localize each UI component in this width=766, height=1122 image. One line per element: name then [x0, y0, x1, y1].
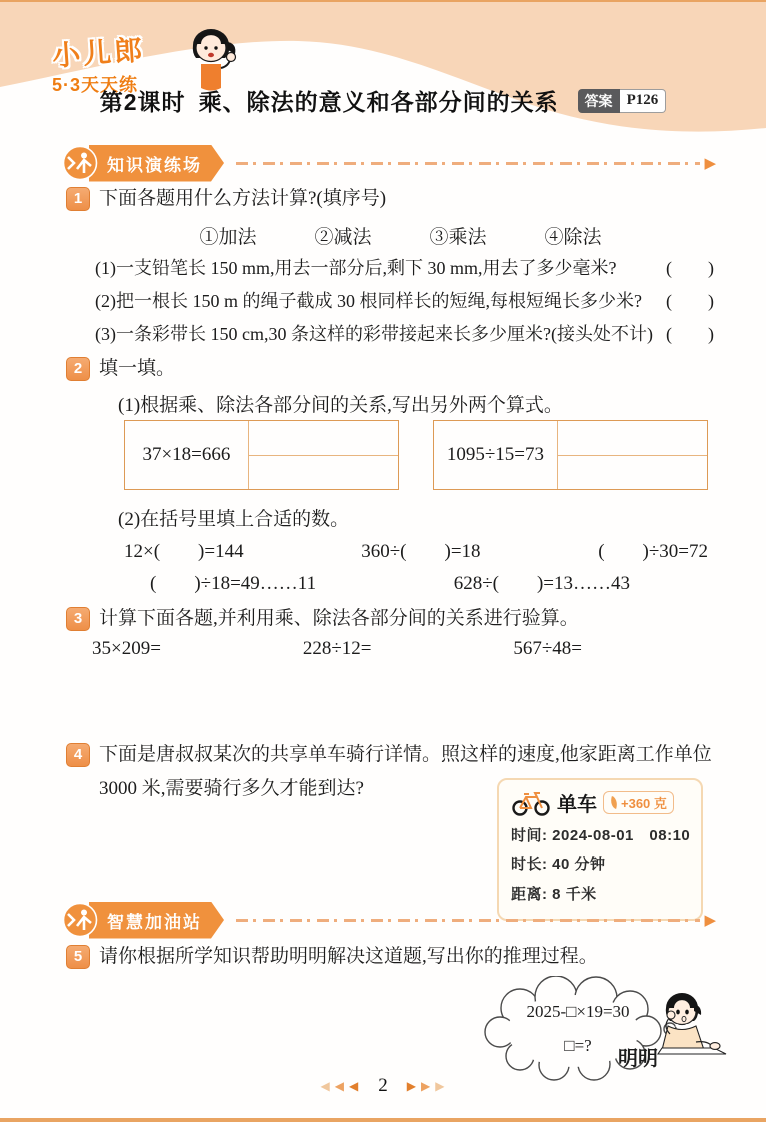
next-arrow-icon: ▶: [435, 1079, 445, 1093]
ride-time-label: 时间:: [511, 827, 548, 844]
leaf-icon: [608, 796, 619, 809]
ride-duration-row: 时长: 40 分钟: [511, 850, 689, 879]
section-header-practice: 知识演练场 ▶: [62, 146, 716, 180]
expression: 567÷48=: [513, 638, 582, 660]
page-title: 第2课时 乘、除法的意义和各部分间的关系 答案 P126: [0, 84, 766, 117]
option-addition: ①加法: [199, 222, 256, 249]
question-4-line-1: 下面是唐叔叔某次的共享单车骑行详情。照这样的速度,他家距离工作单位: [99, 742, 712, 767]
ride-time-row: 时间: 2024-08-01 08:10: [511, 821, 689, 850]
question-2-sub-2: (2)在括号里填上合适的数。: [118, 504, 349, 531]
question-1-prompt: 下面各题用什么方法计算?(填序号): [99, 186, 386, 211]
question-2-sub-1: (1)根据乘、除法各部分间的关系,写出另外两个算式。: [118, 390, 563, 417]
question-number-badge: 3: [66, 607, 90, 631]
fill-blank-row-1: 12×( )=144 360÷( )=18 ( )÷30=72: [124, 536, 708, 563]
runner-icon: [62, 145, 98, 181]
option-division: ④除法: [545, 222, 602, 249]
given-equation: 37×18=666: [125, 421, 248, 489]
question-1-item-2: (2)把一根长 150 m 的绳子截成 30 根同样长的短绳,每根短绳长多少米?…: [95, 287, 714, 313]
answer-page-ref: P126: [620, 89, 667, 113]
section-title: 智慧加油站: [89, 902, 224, 939]
question-1: 1 下面各题用什么方法计算?(填序号): [66, 186, 386, 211]
divider: [248, 455, 398, 456]
fill-blank-row-2: ( )÷18=49……11 628÷( )=13……43: [150, 568, 630, 595]
option-multiplication: ③乘法: [430, 222, 487, 249]
bike-card-header: 单车 +360 克: [511, 788, 689, 817]
lesson-title: 乘、除法的意义和各部分间的关系: [199, 84, 559, 117]
section-header-wisdom: 智慧加油站 ▶: [62, 903, 716, 937]
ride-duration-value: 40 分钟: [552, 856, 605, 873]
carbon-badge: +360 克: [603, 791, 674, 814]
prev-arrow-icon: ◀: [335, 1079, 345, 1093]
bike-card-title: 单车: [557, 788, 597, 817]
calculation-expressions: 35×209= 228÷12= 567÷48=: [92, 638, 582, 660]
fill-blank-equation: ( )÷30=72: [598, 536, 708, 563]
section-title: 知识演练场: [89, 145, 224, 182]
bicycle-icon: [511, 789, 551, 816]
expression: 35×209=: [92, 638, 161, 660]
answer-blank: ( ): [666, 320, 714, 346]
item-text: (3)一条彩带长 150 cm,30 条这样的彩带接起来长多少厘米?(接头处不计…: [95, 320, 653, 346]
arrowhead-icon: ▶: [704, 156, 716, 171]
bottom-border: [0, 1118, 766, 1122]
question-number-badge: 2: [66, 357, 90, 381]
ride-distance-label: 距离:: [511, 886, 548, 903]
page-number: 2: [378, 1075, 388, 1097]
equation-box-multiplication: 37×18=666: [124, 420, 399, 490]
question-1-item-3: (3)一条彩带长 150 cm,30 条这样的彩带接起来长多少厘米?(接头处不计…: [95, 320, 714, 346]
bike-ride-card: 单车 +360 克 时间: 2024-08-01 08:10 时长: 40 分钟…: [497, 778, 703, 921]
prev-arrow-icon: ◀: [349, 1079, 359, 1093]
next-arrow-icon: ▶: [421, 1079, 431, 1093]
fill-blank-equation: 360÷( )=18: [361, 536, 480, 563]
ride-distance-value: 8 千米: [552, 886, 597, 903]
given-equation: 1095÷15=73: [434, 421, 557, 489]
carbon-badge-text: +360 克: [621, 793, 667, 812]
question-3-prompt: 计算下面各题,并利用乘、除法各部分间的关系进行验算。: [99, 606, 579, 631]
question-1-options: ①加法 ②减法 ③乘法 ④除法: [95, 222, 706, 249]
question-3: 3 计算下面各题,并利用乘、除法各部分间的关系进行验算。: [66, 606, 579, 631]
question-number-badge: 5: [66, 945, 90, 969]
question-5-prompt: 请你根据所学知识帮助明明解决这道题,写出你的推理过程。: [99, 944, 598, 969]
question-1-item-1: (1)一支铅笔长 150 mm,用去一部分后,剩下 30 mm,用去了多少毫米?…: [95, 254, 714, 280]
expression: 228÷12=: [303, 638, 372, 660]
dash-line: [236, 162, 700, 165]
page-nav-prev: ◀ ◀ ◀: [321, 1077, 360, 1095]
fill-blank-equation: ( )÷18=49……11: [150, 568, 316, 595]
question-2: 2 填一填。: [66, 356, 175, 381]
question-5: 5 请你根据所学知识帮助明明解决这道题,写出你的推理过程。: [66, 944, 598, 969]
page-footer: ◀ ◀ ◀ 2 ▶ ▶ ▶: [0, 1075, 766, 1097]
character-name: 明明: [618, 1042, 658, 1071]
dash-line: [236, 919, 700, 922]
runner-icon: [62, 902, 98, 938]
equation-boxes: 37×18=666 1095÷15=73: [124, 420, 708, 490]
fill-blank-equation: 628÷( )=13……43: [454, 568, 630, 595]
answer-blank: ( ): [666, 287, 714, 313]
item-text: (2)把一根长 150 m 的绳子截成 30 根同样长的短绳,每根短绳长多少米?: [95, 287, 642, 313]
page-nav-next: ▶ ▶ ▶: [407, 1077, 446, 1095]
answer-badge: 答案 P126: [578, 89, 667, 113]
next-arrow-icon: ▶: [407, 1079, 417, 1093]
question-number-badge: 4: [66, 743, 90, 767]
answer-label: 答案: [578, 89, 620, 113]
item-text: (1)一支铅笔长 150 mm,用去一部分后,剩下 30 mm,用去了多少毫米?: [95, 254, 616, 280]
ride-duration-label: 时长:: [511, 856, 548, 873]
ride-time-value: 2024-08-01 08:10: [552, 827, 690, 844]
question-2-prompt: 填一填。: [99, 356, 175, 381]
equation-box-division: 1095÷15=73: [433, 420, 708, 490]
lesson-number: 第2课时: [100, 84, 186, 117]
answer-blank: ( ): [666, 254, 714, 280]
fill-blank-equation: 12×( )=144: [124, 536, 244, 563]
question-number-badge: 1: [66, 187, 90, 211]
arrowhead-icon: ▶: [704, 913, 716, 928]
option-subtraction: ②减法: [314, 222, 371, 249]
prev-arrow-icon: ◀: [321, 1079, 331, 1093]
worksheet-page: 小儿郎 5·3天天练 第2课时 乘、除法的意义和各部分间的关系 答案 P126: [0, 0, 766, 1122]
divider: [557, 455, 707, 456]
